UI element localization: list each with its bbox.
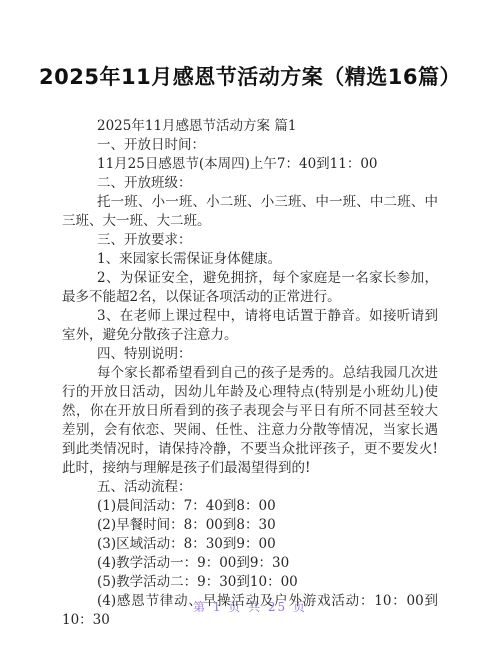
- paragraph: (2)早餐时间：8：00到8：30: [62, 516, 438, 535]
- document-title: 2025年11月感恩节活动方案（精选16篇）: [0, 0, 500, 92]
- paragraph: 11月25日感恩节(本周四)上午7：40到11：00: [62, 155, 438, 174]
- paragraph: (3)区域活动：8：30到9：00: [62, 535, 438, 554]
- paragraph: (1)晨间活动：7：40到8：00: [62, 497, 438, 516]
- paragraph: 五、活动流程：: [62, 478, 438, 497]
- paragraph: (4)教学活动一：9：00到9：30: [62, 554, 438, 573]
- paragraph: 1、来园家长需保证身体健康。: [62, 250, 438, 269]
- paragraph: 2、为保证安全，避免拥挤，每个家庭是一名家长参加，最多不能超2名，以保证各项活动…: [62, 269, 438, 307]
- paragraph: 每个家长都希望看到自己的孩子是秀的。总结我园几次进行的开放日活动，因幼儿年龄及心…: [62, 364, 438, 478]
- paragraph: 2025年11月感恩节活动方案 篇1: [62, 117, 438, 136]
- paragraph: 三、开放要求：: [62, 231, 438, 250]
- page-number-footer: 第 1 页 共 25 页: [0, 598, 500, 615]
- paragraph: (5)教学活动二：9：30到10：00: [62, 573, 438, 592]
- paragraph: 托一班、小一班、小二班、小三班、中一班、中二班、中三班、大一班、大二班。: [62, 193, 438, 231]
- paragraph: 一、开放日时间：: [62, 136, 438, 155]
- paragraph: 3、在老师上课过程中，请将电话置于静音。如接听请到室外，避免分散孩子注意力。: [62, 307, 438, 345]
- paragraph: 二、开放班级：: [62, 174, 438, 193]
- document-body: 2025年11月感恩节活动方案 篇1一、开放日时间：11月25日感恩节(本周四)…: [0, 117, 500, 630]
- paragraph: 四、特别说明：: [62, 345, 438, 364]
- document-page: 2025年11月感恩节活动方案（精选16篇） 2025年11月感恩节活动方案 篇…: [0, 0, 500, 647]
